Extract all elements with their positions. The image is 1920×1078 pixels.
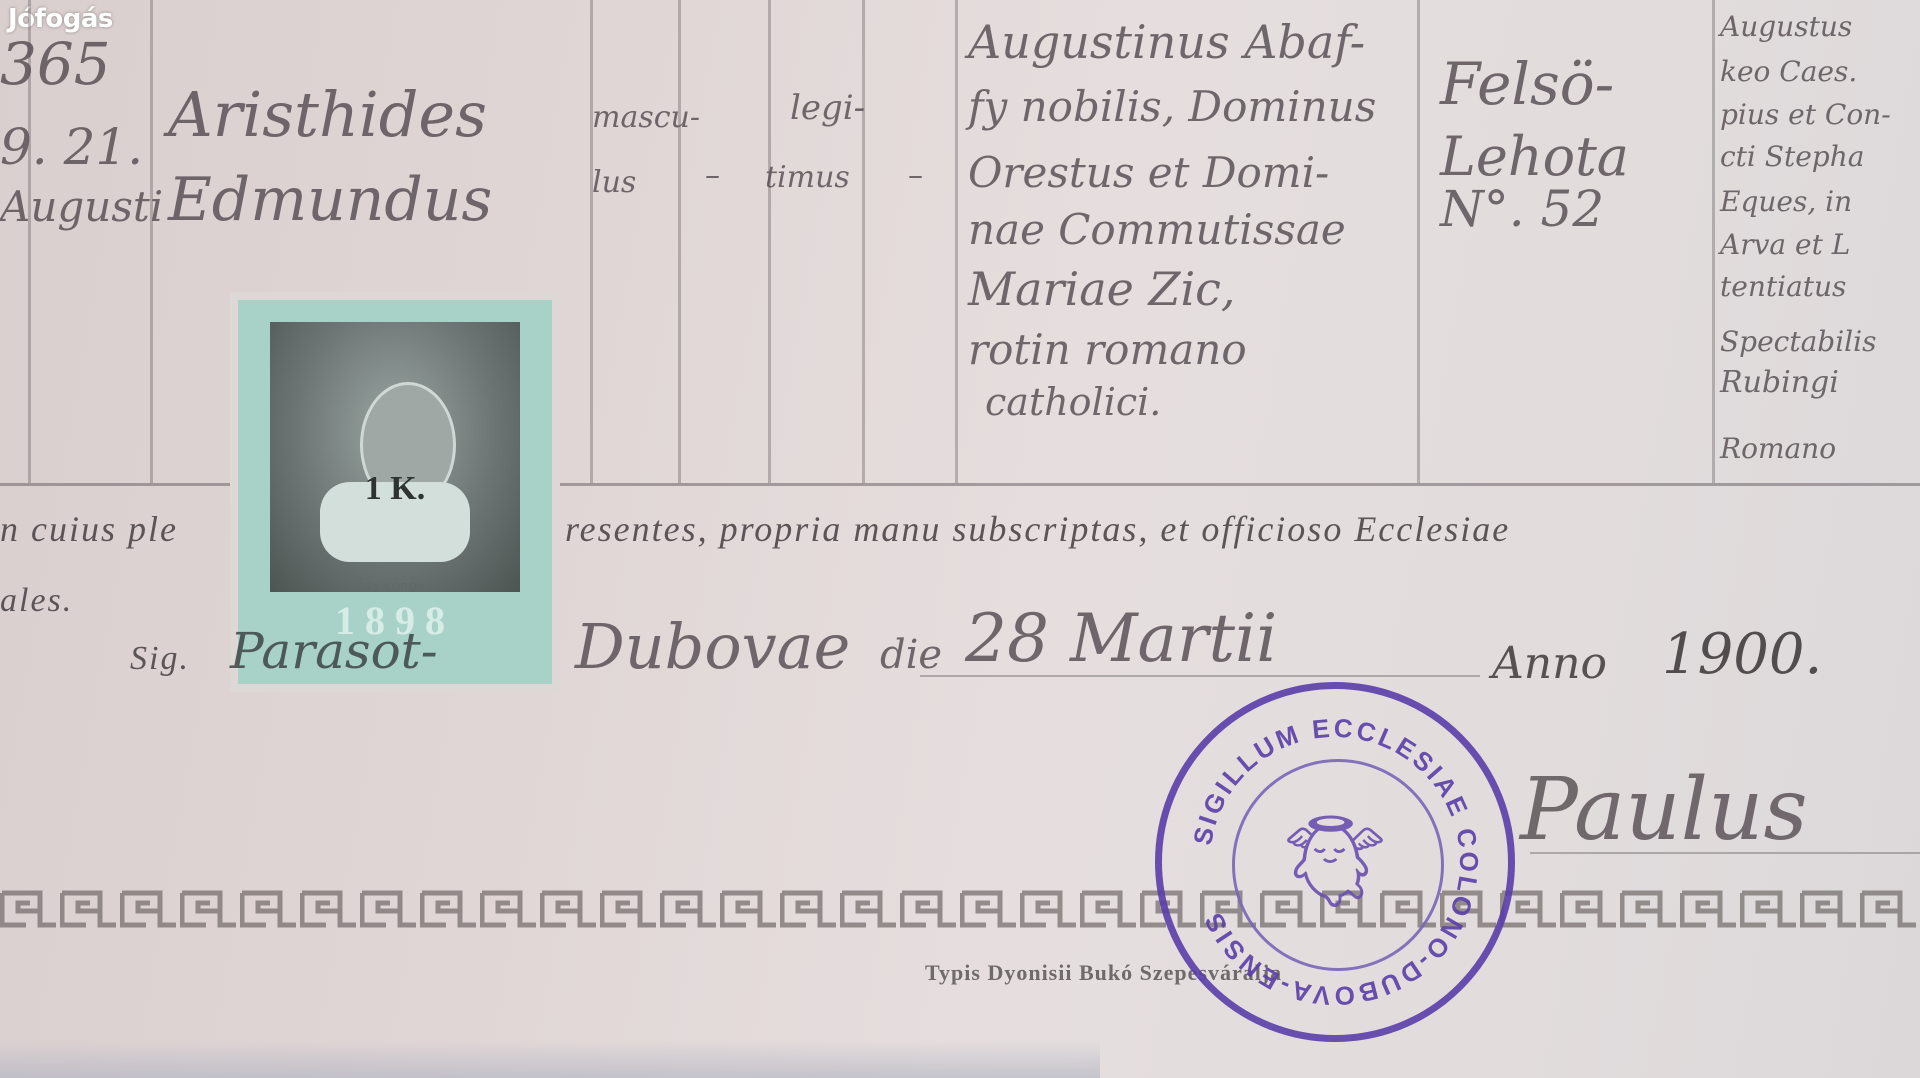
die-label: die bbox=[880, 632, 942, 678]
date-text: 28 Martii bbox=[965, 600, 1277, 677]
entry-number: 365 bbox=[0, 30, 111, 98]
angel-icon: 👼︎ bbox=[1278, 817, 1392, 907]
godparents-line: Romano bbox=[1720, 432, 1836, 465]
parents-line: nae Commutissae bbox=[968, 205, 1346, 254]
anno-label: Anno bbox=[1492, 638, 1607, 689]
place-name: Dubovae bbox=[575, 610, 850, 683]
child-first-name: Aristhides bbox=[168, 78, 487, 151]
parents-line: catholici. bbox=[985, 380, 1161, 424]
godparents-line: tentiatus bbox=[1720, 270, 1846, 303]
revenue-stamp: 1 K. EGY KORONA 1898 Parasot- bbox=[230, 292, 560, 692]
godparents-line: pius et Con- bbox=[1720, 98, 1891, 131]
godparents-line: Augustus bbox=[1720, 10, 1852, 43]
date-underline bbox=[920, 675, 1480, 677]
parents-line: rotin romano bbox=[968, 325, 1247, 374]
legitimacy-line2: timus bbox=[765, 160, 850, 195]
godparents-line: Spectabilis bbox=[1720, 325, 1876, 358]
godparents-line: Arva et L bbox=[1720, 228, 1850, 261]
birth-date: 9. 21. bbox=[0, 118, 143, 176]
birth-month: Augusti bbox=[0, 182, 163, 231]
body-text-line2: ales. bbox=[0, 582, 73, 620]
residence-line: Lehota bbox=[1440, 125, 1629, 188]
stamp-cancel-signature: Parasot- bbox=[230, 622, 438, 680]
year-text: 1900. bbox=[1662, 622, 1822, 687]
legitimacy-line1: legi- bbox=[790, 88, 865, 128]
stamp-value: 1 K. bbox=[230, 470, 560, 508]
parents-line: fy nobilis, Dominus bbox=[968, 82, 1376, 131]
column-divider bbox=[150, 0, 153, 483]
signature-underline bbox=[1530, 852, 1920, 854]
column-divider bbox=[678, 0, 681, 483]
sig-label: Sig. bbox=[130, 640, 190, 678]
column-divider bbox=[1712, 0, 1715, 483]
godparents-line: cti Stepha bbox=[1720, 140, 1864, 173]
column-divider bbox=[1417, 0, 1420, 483]
stamp-coat-of-arms-icon bbox=[270, 322, 520, 592]
dash: – bbox=[908, 158, 923, 193]
parents-line: Augustinus Abaf- bbox=[968, 15, 1365, 69]
column-divider bbox=[768, 0, 771, 483]
dash: – bbox=[705, 158, 720, 193]
parents-line: Orestus et Domi- bbox=[968, 148, 1329, 197]
parish-seal: SIGILLUM ECCLESIAE COLONO-DUBOVA-ENSIS 👼… bbox=[1155, 682, 1515, 1042]
godparents-line: Eques, in bbox=[1720, 185, 1852, 218]
body-text-line1-right: resentes, propria manu subscriptas, et o… bbox=[565, 508, 1510, 550]
body-text-line1-left: n cuius ple bbox=[0, 508, 178, 550]
sex-line2: lus bbox=[592, 165, 636, 200]
child-second-name: Edmundus bbox=[168, 165, 492, 235]
priest-signature: Paulus bbox=[1520, 760, 1808, 860]
residence-line: Felsö- bbox=[1440, 50, 1614, 118]
godparents-line: Rubingi bbox=[1720, 365, 1839, 400]
residence-line: N°. 52 bbox=[1440, 180, 1604, 238]
parents-line: Mariae Zic, bbox=[968, 262, 1236, 316]
column-divider bbox=[955, 0, 958, 483]
photo-shadow bbox=[0, 1040, 1100, 1078]
godparents-line: keo Caes. bbox=[1720, 55, 1857, 88]
sex-line1: mascu- bbox=[592, 100, 700, 135]
column-divider bbox=[862, 0, 865, 483]
greek-key-border bbox=[0, 885, 1920, 943]
stamp-caption: EGY KORONA bbox=[230, 582, 560, 593]
column-divider bbox=[590, 0, 593, 483]
